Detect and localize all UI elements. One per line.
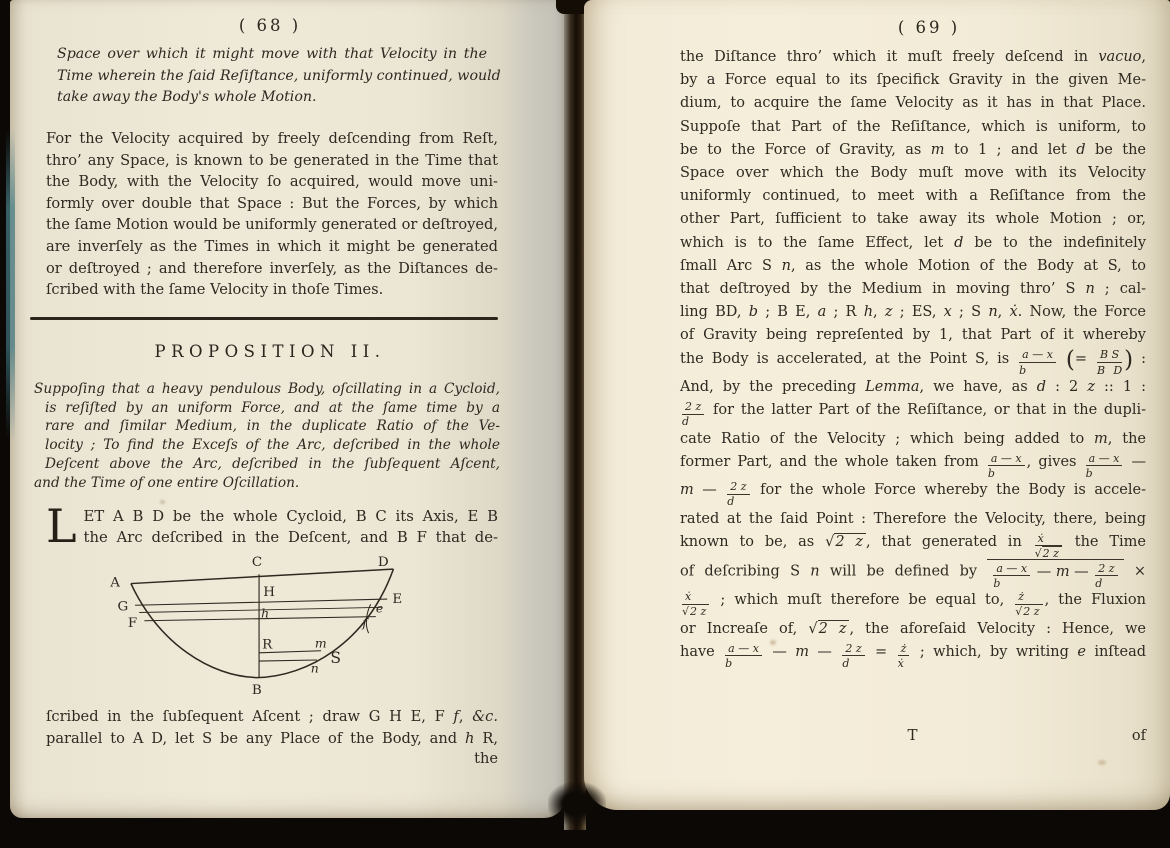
figure-label-H: H xyxy=(263,585,275,600)
let-paragraph: L ET A B D be the whole Cycloid, B C its… xyxy=(46,506,498,548)
text-line: thro’ any Space, is known to be generate… xyxy=(46,150,498,172)
catchword-right: of xyxy=(1132,728,1146,744)
text-line: ẋ√2 z ; which muſt therefore be equal to… xyxy=(680,589,1146,617)
left-edge-reflection xyxy=(6,130,15,440)
figure-label-C: C xyxy=(252,555,262,570)
text-line: rated at the ſaid Point : Therefore the … xyxy=(680,508,1146,531)
body-text-right: the Diſtance thro’ which it muſt freely … xyxy=(680,46,1146,670)
figure-line-GHE xyxy=(135,599,387,605)
figure-label-B: B xyxy=(252,683,262,698)
text-line: have a — xb — m — 2 zd = żẋ ; which, by … xyxy=(680,641,1146,669)
signature-line: T of xyxy=(680,726,1146,750)
text-line: known to be, as √2 z, that generated in … xyxy=(680,531,1146,559)
text-line: other Part, ſufficient to take away its … xyxy=(680,208,1146,231)
figure-label-m: m xyxy=(315,636,327,651)
text-line: of Gravity being repreſented by 1, that … xyxy=(680,324,1146,347)
text-line: Time wherein the ſaid Reſiſtance, unifor… xyxy=(57,66,487,88)
figure-line-n xyxy=(259,660,317,661)
foxing-spot xyxy=(770,640,776,645)
text-line: the ſame Motion would be uniformly gener… xyxy=(46,214,498,236)
text-line: former Part, and the whole taken from a … xyxy=(680,451,1146,479)
figure-label-D: D xyxy=(378,555,389,570)
body-paragraph: For the Velocity acquired by freely deſc… xyxy=(46,128,498,301)
head-italic-paragraph: Space over which it might move with that… xyxy=(57,44,487,109)
catchword-left: the xyxy=(46,750,498,767)
text-line: the Diſtance thro’ which it muſt freely … xyxy=(680,46,1146,69)
text-line: Deſcent above the Arc, deſcribed in the … xyxy=(34,455,500,474)
left-page: ( 68 ) Space over which it might move wi… xyxy=(10,0,566,818)
figure-label-S: S xyxy=(330,649,341,667)
figure-line-AD xyxy=(131,569,393,583)
figure-label-F: F xyxy=(128,616,137,631)
text-line: is reſiſted by an uniform Force, and at … xyxy=(34,399,500,418)
text-line: Suppoſe that Part of the Reſiſtance, whi… xyxy=(680,116,1146,139)
text-line: that deſtroyed by the Medium in moving t… xyxy=(680,278,1146,301)
figure-label-n: n xyxy=(311,660,319,675)
text-line: 2 zd for the latter Part of the Reſiſtan… xyxy=(680,399,1146,427)
text-line: For the Velocity acquired by freely deſc… xyxy=(46,128,498,150)
text-line: Space over which the Body muſt move with… xyxy=(680,162,1146,185)
foxing-spot xyxy=(160,500,165,504)
text-line: Suppoſing that a heavy pendulous Body, o… xyxy=(34,380,500,399)
text-line: or deſtroyed ; and therefore inverſely, … xyxy=(46,258,498,280)
text-line: rare and ſimilar Medium, in the duplicat… xyxy=(34,417,500,436)
text-line: are inverſely as the Times in which it m… xyxy=(46,236,498,258)
right-page: ( 69 ) the Diſtance thro’ which it muſt … xyxy=(584,0,1170,810)
figure-line-Ff xyxy=(144,617,375,621)
closing-paragraph: ſcribed in the ſubſequent Aſcent ; draw … xyxy=(46,706,498,749)
text-line: uniformly continued, to meet with a Reſi… xyxy=(680,185,1146,208)
text-line: parallel to A D, let S be any Place of t… xyxy=(46,728,498,750)
text-line: formly over double that Space : But the … xyxy=(46,193,498,215)
book-gutter xyxy=(564,0,586,830)
text-line: the Body is accelerated, at the Point S,… xyxy=(680,348,1146,376)
figure-label-h: h xyxy=(261,606,269,621)
text-line: ſcribed in the ſubſequent Aſcent ; draw … xyxy=(46,706,498,728)
text-line: the Arc deſcribed in the Deſcent, and B … xyxy=(46,527,498,548)
cycloid-figure: A C D G H E F h e f R m S n B xyxy=(102,552,412,704)
text-line: locity ; To find the Exceſs of the Arc, … xyxy=(34,436,500,455)
text-line: the Body, with the Velocity ſo acquired,… xyxy=(46,171,498,193)
text-line: cate Ratio of the Velocity ; which being… xyxy=(680,428,1146,451)
text-line: by a Force equal to its ſpecifick Gravit… xyxy=(680,69,1146,92)
text-line: or Increaſe of, √2 z, the aforeſaid Velo… xyxy=(680,618,1146,641)
text-line: and the Time of one entire Oſcillation. xyxy=(34,474,500,493)
figure-label-A: A xyxy=(109,576,120,591)
book-scan: ( 68 ) Space over which it might move wi… xyxy=(0,0,1170,848)
text-line: ſcribed with the ſame Velocity in thoſe … xyxy=(46,279,498,301)
text-line: take away the Body's whole Motion. xyxy=(57,87,487,109)
page-number-left: ( 68 ) xyxy=(10,16,530,35)
text-line: ET A B D be the whole Cycloid, B C its A… xyxy=(46,506,498,527)
gutter-shadow-bottom xyxy=(548,782,606,826)
text-line: ſmall Arc S n, as the whole Motion of th… xyxy=(680,255,1146,278)
foxing-spot xyxy=(1098,760,1106,765)
page-number-right: ( 69 ) xyxy=(704,18,1154,37)
text-line: And, by the preceding Lemma, we have, as… xyxy=(680,376,1146,399)
text-line: ling BD, b ; B E, a ; R h, z ; ES, x ; S… xyxy=(680,301,1146,324)
figure-label-G: G xyxy=(118,599,129,614)
drop-cap: L xyxy=(46,506,84,544)
text-line: of deſcribing S n will be defined by a —… xyxy=(680,559,1146,589)
let-paragraph-lines: ET A B D be the whole Cycloid, B C its A… xyxy=(46,506,498,548)
section-rule xyxy=(30,317,498,320)
proposition-argument: Suppoſing that a heavy pendulous Body, o… xyxy=(34,380,500,492)
text-line: dium, to acquire the ſame Velocity as it… xyxy=(680,92,1146,115)
text-line: m — 2 zd for the whole Force whereby the… xyxy=(680,479,1146,507)
figure-label-e: e xyxy=(376,601,383,616)
text-line: be to the Force of Gravity, as m to 1 ; … xyxy=(680,139,1146,162)
figure-label-E: E xyxy=(392,592,402,607)
proposition-heading: PROPOSITION II. xyxy=(10,342,530,361)
signature-mark: T xyxy=(680,726,1146,744)
text-line: Space over which it might move with that… xyxy=(57,44,487,66)
text-line: which is to the ſame Effect, let d be to… xyxy=(680,232,1146,255)
cycloid-diagram: A C D G H E F h e f R m S n B xyxy=(102,552,412,704)
figure-label-R: R xyxy=(262,638,273,653)
